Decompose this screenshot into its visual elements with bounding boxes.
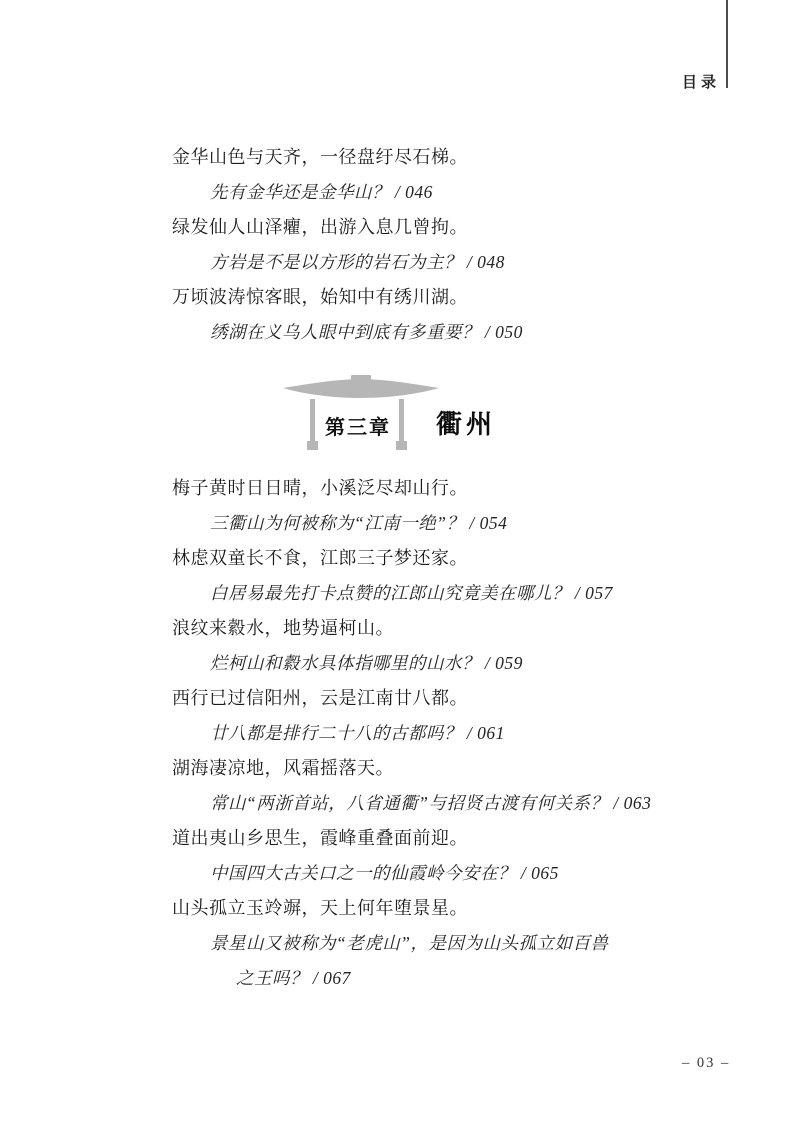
toc-question-line: 烂柯山和縠水具体指哪里的山水？ / 059	[172, 646, 752, 681]
toc-question-line: 白居易最先打卡点赞的江郎山究竟美在哪儿？ / 057	[172, 576, 752, 611]
pavilion-pillar-right	[399, 399, 404, 441]
pavilion-foot-right	[396, 441, 407, 450]
toc-verse-line: 林虑双童长不食，江郎三子梦还家。	[172, 541, 752, 576]
toc-verse-line: 梅子黄时日日晴，小溪泛尽却山行。	[172, 471, 752, 506]
toc-header-title: 目录	[682, 71, 720, 92]
toc-verse-line: 绿发仙人山泽癯，出游入息几曾拘。	[172, 210, 752, 245]
toc-section-after-chapter: 梅子黄时日日晴，小溪泛尽却山行。 三衢山为何被称为“江南一绝”？ / 054 林…	[172, 471, 752, 996]
page-number: – 03 –	[682, 1055, 730, 1072]
chapter-number-label: 第三章	[325, 411, 397, 440]
toc-verse-line: 山头孤立玉竛竮，天上何年堕景星。	[172, 891, 752, 926]
toc-question-continuation-line: 之王吗？ / 067	[172, 961, 752, 996]
pavilion-pillar-left	[310, 399, 315, 441]
chapter-heading-block: 第三章 衢州	[172, 373, 732, 458]
toc-question-line: 绣湖在义乌人眼中到底有多重要？ / 050	[172, 315, 752, 350]
toc-question-line: 廿八都是排行二十八的古都吗？ / 061	[172, 716, 752, 751]
pavilion-foot-left	[307, 441, 318, 450]
toc-question-line: 常山“两浙首站，八省通衢”与招贤古渡有何关系？ / 063	[172, 786, 752, 821]
toc-question-line: 景星山又被称为“老虎山”，是因为山头孤立如百兽	[172, 926, 752, 961]
pavilion-icon	[283, 375, 439, 401]
header-vertical-rule	[726, 0, 728, 88]
toc-question-line: 先有金华还是金华山？ / 046	[172, 175, 752, 210]
toc-question-line: 三衢山为何被称为“江南一绝”？ / 054	[172, 506, 752, 541]
toc-question-line: 中国四大古关口之一的仙霞岭今安在？ / 065	[172, 856, 752, 891]
toc-section-before-chapter: 金华山色与天齐，一径盘纡尽石梯。 先有金华还是金华山？ / 046 绿发仙人山泽…	[172, 140, 752, 350]
toc-verse-line: 金华山色与天齐，一径盘纡尽石梯。	[172, 140, 752, 175]
toc-verse-line: 湖海凄凉地，风霜摇落天。	[172, 751, 752, 786]
toc-verse-line: 西行已过信阳州，云是江南廿八都。	[172, 681, 752, 716]
toc-question-line: 方岩是不是以方形的岩石为主？ / 048	[172, 245, 752, 280]
chapter-title: 衢州	[436, 404, 496, 441]
toc-verse-line: 浪纹来縠水，地势逼柯山。	[172, 611, 752, 646]
toc-verse-line: 万顷波涛惊客眼，始知中有绣川湖。	[172, 280, 752, 315]
toc-verse-line: 道出夷山乡思生，霞峰重叠面前迎。	[172, 821, 752, 856]
